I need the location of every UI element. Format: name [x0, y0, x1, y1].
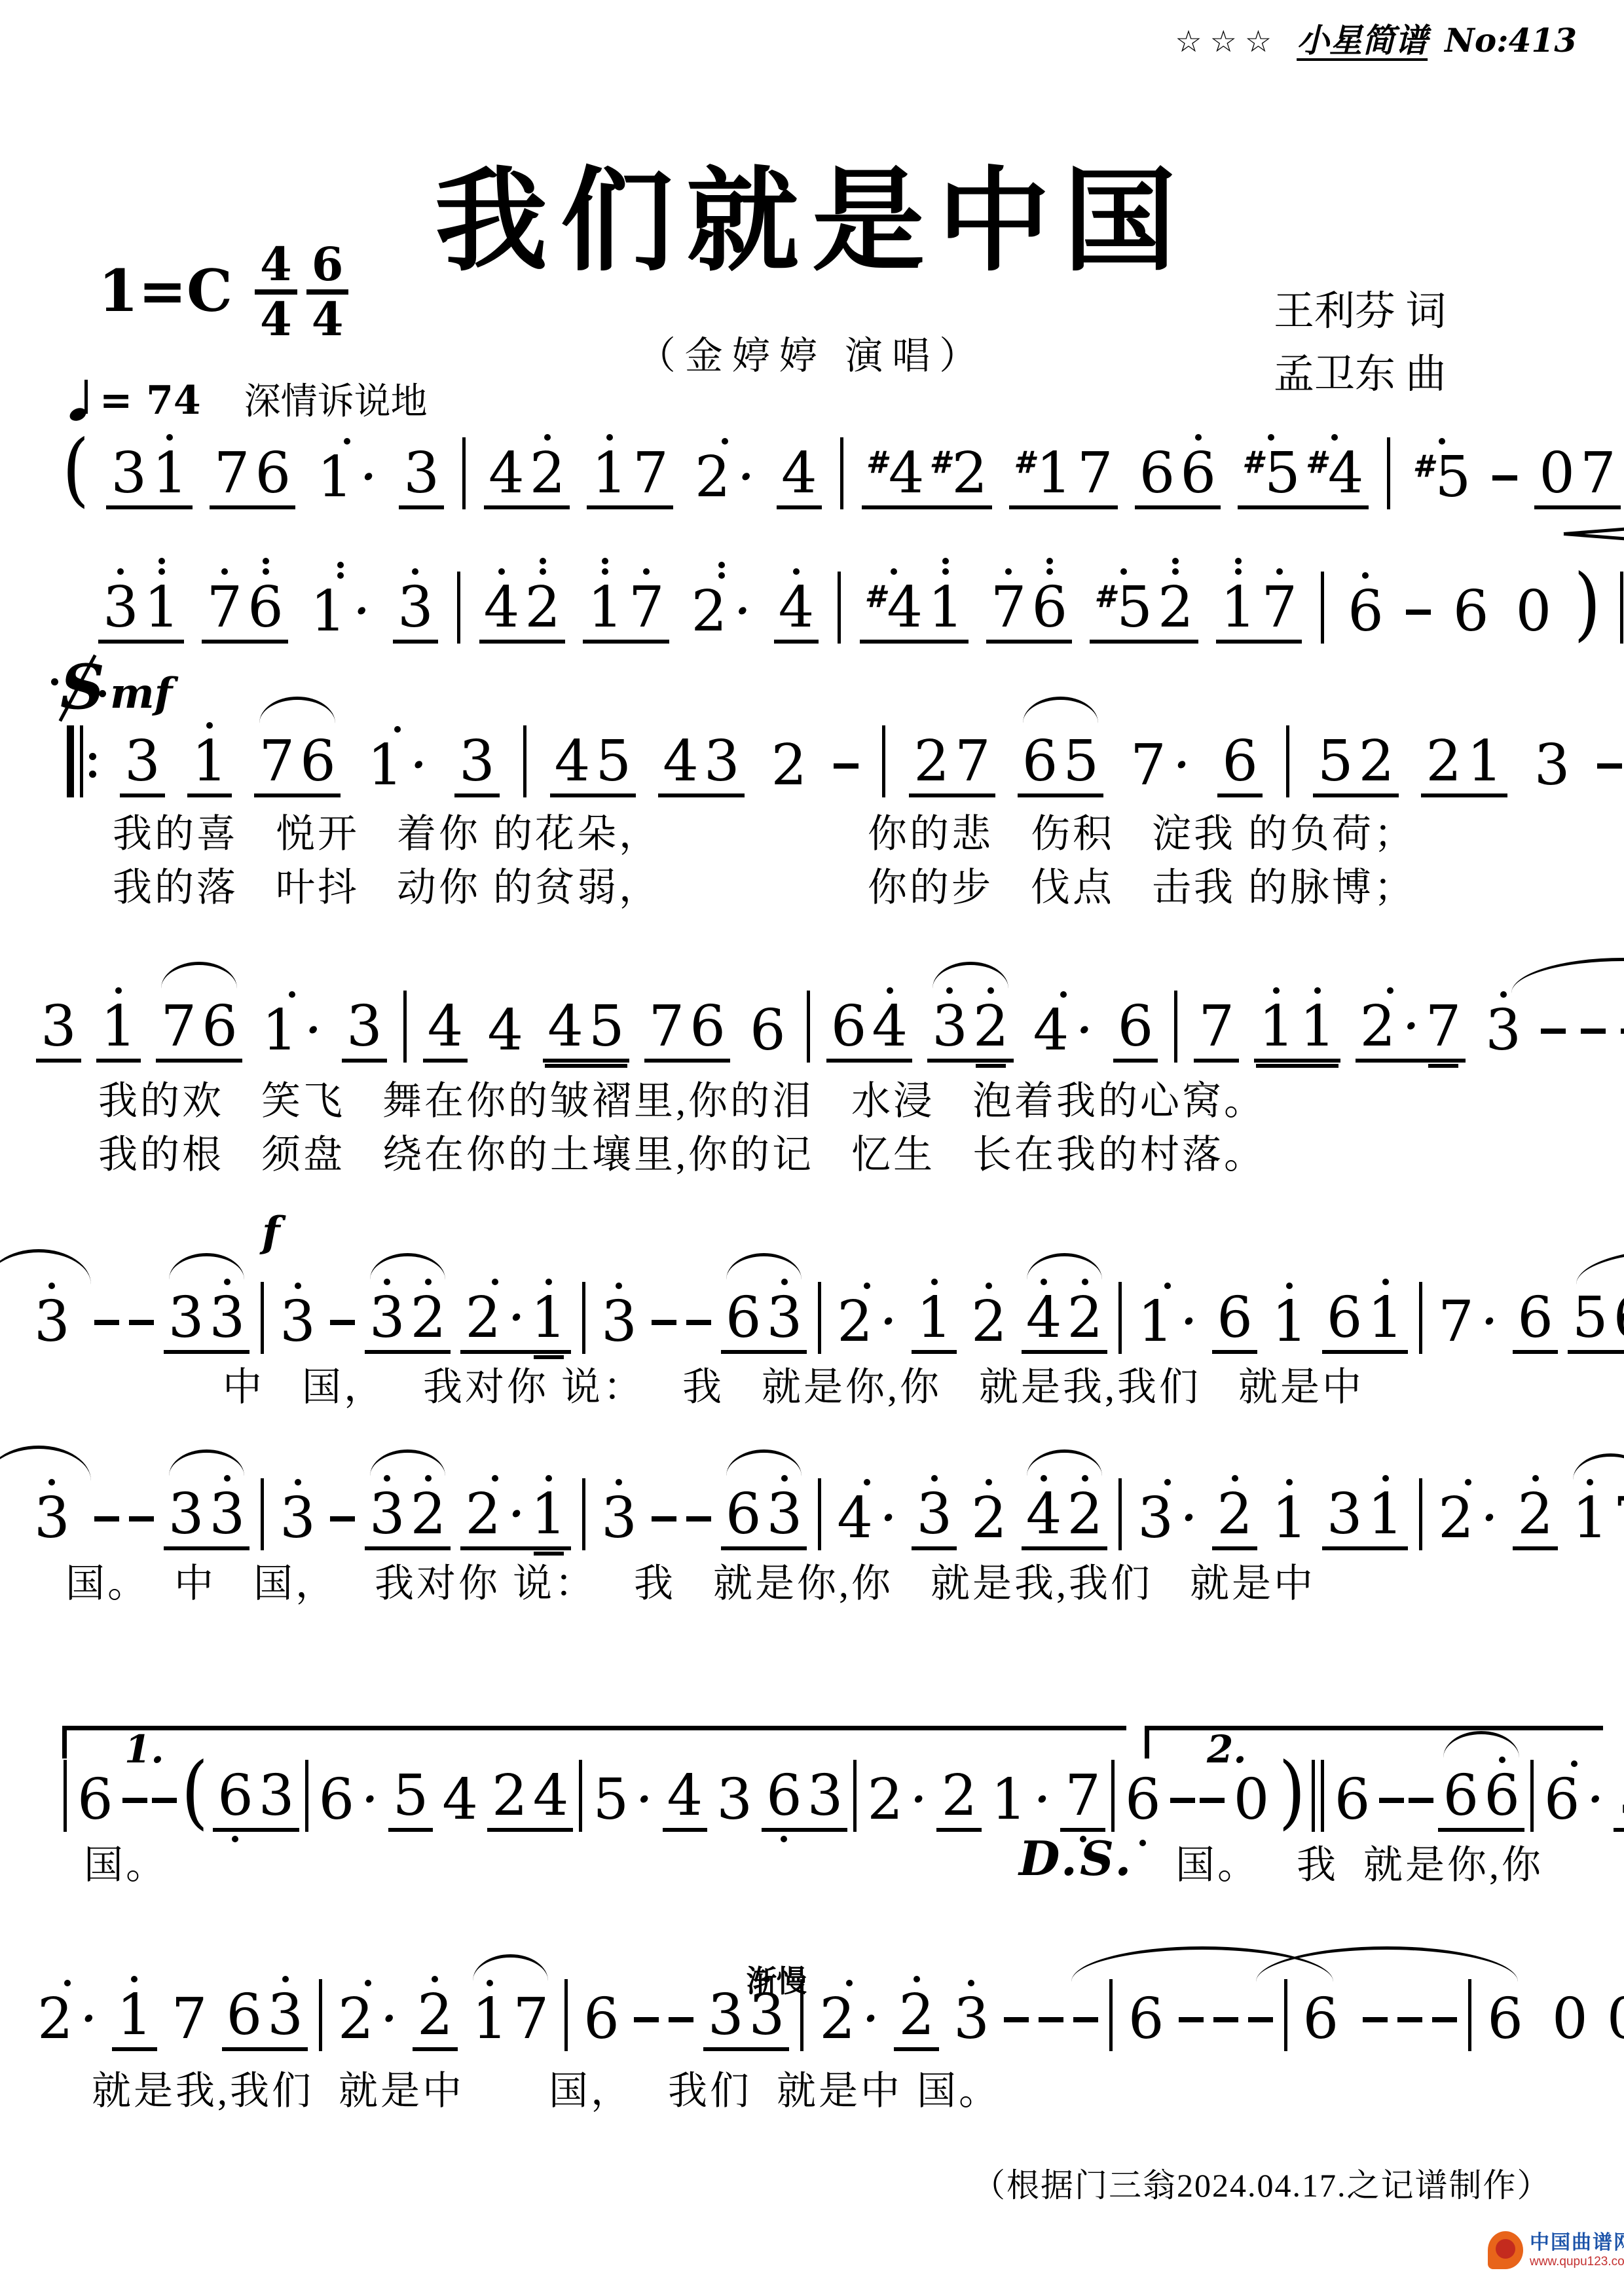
note-group: 17 — [587, 414, 673, 509]
note: 1 — [1269, 1459, 1310, 1548]
note-digit: 5 — [595, 732, 631, 791]
barline — [840, 437, 843, 509]
note: 3 — [166, 1455, 207, 1544]
sharp-icon: # — [1306, 447, 1327, 477]
note-group: 6 — [1343, 552, 1388, 644]
octave-dots-above — [793, 548, 800, 578]
octave-dot — [942, 558, 949, 564]
note-group: 17 — [583, 548, 669, 644]
octave-dot — [1532, 1475, 1539, 1482]
note-digit: 3 — [34, 1292, 70, 1351]
octave-dot — [540, 568, 546, 575]
barline — [1387, 437, 1390, 509]
octave-dots-above — [492, 1258, 498, 1288]
duration-dash — [1200, 1798, 1225, 1803]
octave-dot — [602, 568, 608, 575]
note: 3 — [456, 702, 498, 791]
note-group: 2 — [767, 706, 812, 797]
note-digit: 4· — [837, 1489, 897, 1548]
barline — [582, 1282, 585, 1354]
note-group: 3 — [912, 1455, 957, 1550]
duration-dash — [834, 763, 858, 769]
note-group: 4 — [777, 414, 822, 509]
octave-dot — [1046, 558, 1053, 564]
duration-dash — [1179, 2017, 1204, 2022]
note-digit: 3 — [397, 578, 434, 637]
lyric-line: 国。 中 国， 我对你 说： 我 就是你,你 就是我,我们 就是中 — [65, 1561, 1316, 1607]
barline — [818, 1478, 821, 1550]
note-digit: #5 — [1094, 578, 1153, 637]
octave-dots-above — [722, 418, 728, 448]
lyric-line: 国。 — [917, 2069, 1001, 2114]
barline — [1286, 725, 1289, 797]
note: 3 — [38, 967, 79, 1056]
note: 1 — [925, 548, 967, 637]
extra-beam — [534, 1552, 564, 1556]
note-digit: 2· — [837, 1292, 897, 1351]
octave-dot — [206, 722, 213, 729]
note-digit: 1 — [1272, 1489, 1308, 1548]
note-digit: 6 — [1484, 1766, 1520, 1825]
barline — [1284, 1979, 1287, 2051]
note-group: 4· — [832, 1459, 902, 1550]
tie-slur-arc — [1511, 958, 1624, 993]
note-digit: 4 — [442, 1770, 478, 1829]
note-digit: 1· — [991, 1770, 1051, 1829]
augmentation-dot: · — [737, 448, 755, 507]
octave-dot — [846, 1980, 853, 1986]
note-group: 1 — [912, 1258, 957, 1354]
octave-dots-above — [846, 1959, 853, 1990]
note-digit: 1 — [144, 578, 180, 637]
octave-dots-above — [1382, 1455, 1389, 1485]
note-digit: 7 — [1426, 997, 1462, 1056]
note-digit: 3 — [111, 444, 147, 503]
note-digit: 6 — [248, 578, 284, 637]
note-group: 1 — [1267, 1262, 1312, 1354]
note-group: 1· — [363, 706, 432, 797]
octave-dot — [1273, 987, 1280, 994]
note-group: 1 — [112, 1956, 157, 2051]
note-digit: 2 — [913, 732, 950, 791]
lyric-line: 我的喜 悦开 着你 的花朵， — [113, 812, 661, 857]
watermark-site: 中国曲谱网 — [1530, 2231, 1624, 2255]
note-digit: 3 — [369, 1485, 405, 1544]
note: 7 — [158, 967, 199, 1056]
dynamic-mark: mf — [110, 669, 172, 718]
bar-thin — [462, 437, 466, 509]
note-digit: 7 — [214, 444, 250, 503]
key-signature: 1=C 4 4 6 4 — [98, 262, 348, 344]
music-system-intro-1: (31761·342172·4#4#2#1766#5#4#50712 — [62, 399, 1624, 509]
tie-slur-arc — [0, 1446, 91, 1481]
note: 6 — [723, 1455, 764, 1544]
note-group: 1 — [96, 967, 141, 1063]
barline — [1174, 991, 1177, 1063]
duration-dash — [94, 1516, 119, 1522]
bar-thin — [582, 1282, 585, 1354]
note-group: 3 — [949, 1959, 994, 2051]
octave-dots-above — [337, 552, 344, 582]
note-digit: 3 — [916, 1485, 952, 1544]
octave-dot — [117, 568, 124, 575]
note: 1 — [98, 967, 139, 1056]
octave-dots-above — [931, 1258, 938, 1288]
augmentation-dot: · — [1587, 1770, 1604, 1829]
note: 3 — [395, 548, 436, 637]
octave-dot — [891, 568, 897, 575]
note-group: 1 — [1267, 1459, 1312, 1550]
note-digit: 0 — [1552, 1990, 1588, 2049]
octave-dots-above — [545, 1455, 552, 1485]
sheet-music-page: ☆☆☆ 小星简谱 No:413 我们就是中国 （金婷婷 演唱） 王利芬 词 孟卫… — [0, 0, 1624, 2296]
note-digit: 3 — [267, 1986, 303, 2045]
note-digit: 1 — [1221, 578, 1257, 637]
lyric-line: 我的欢 笑飞 舞在你的皱褶里,你的泪 水浸 泡着我的心窝。 — [98, 1079, 1266, 1124]
octave-dot — [1041, 1279, 1047, 1285]
note-digit: 6 — [1303, 1990, 1339, 2049]
note-group: 3 — [393, 548, 438, 644]
note-digit: 3 — [601, 1489, 637, 1548]
augmentation-dot: · — [910, 1770, 927, 1829]
note-digit: 7 — [629, 578, 665, 637]
note: 1· — [314, 418, 380, 507]
octave-dot — [1362, 572, 1369, 579]
note-group: 2· — [333, 1959, 403, 2051]
note-group: 3 — [275, 1262, 320, 1354]
octave-dot — [1314, 987, 1321, 994]
octave-dots-above — [158, 548, 165, 578]
octave-dots-above — [1276, 548, 1283, 578]
note: 0 — [1513, 552, 1555, 641]
note: 1 — [1218, 548, 1259, 637]
note: 1 — [1365, 1258, 1406, 1347]
duration-dash — [669, 2017, 693, 2022]
note: 3 — [206, 1258, 248, 1347]
octave-dot — [289, 991, 295, 998]
duration-dash — [1541, 1029, 1566, 1034]
header: ☆☆☆ 小星简谱 No:413 — [1175, 14, 1577, 62]
note-digit: 2 — [417, 1986, 453, 2045]
note-digit: 6 — [1031, 578, 1067, 637]
octave-dots-above — [913, 1956, 920, 1986]
bar-thin — [80, 725, 83, 797]
note: 2· — [834, 1262, 900, 1351]
note-digit: 2· — [1438, 1489, 1498, 1548]
octave-dot — [616, 1479, 622, 1485]
barline — [261, 1282, 264, 1354]
dynamic-mark: f — [262, 1208, 280, 1257]
note: 1 — [189, 702, 231, 791]
note: #4 — [862, 548, 925, 637]
octave-dots-above — [295, 1459, 301, 1489]
note-group: 3· — [1133, 1459, 1202, 1550]
volta-label: 2. — [1207, 1730, 1603, 1768]
bar-thin — [1419, 1478, 1422, 1550]
note-digit: 3 — [1327, 1485, 1363, 1544]
barline — [582, 1478, 585, 1550]
note-group: 64 — [826, 967, 912, 1063]
octave-dot — [425, 1475, 432, 1482]
note: 3 — [764, 1258, 805, 1347]
note-digit: 2· — [465, 1288, 525, 1347]
duration-dash — [1397, 2017, 1422, 2022]
note-digit: 4 — [781, 444, 817, 503]
note-group: 63 — [721, 1258, 807, 1354]
note: 2· — [462, 1258, 528, 1347]
note-digit: 5· — [593, 1770, 653, 1829]
note-digit: 7 — [633, 444, 669, 503]
note: 1 — [585, 548, 626, 637]
key-value: 1=C — [98, 262, 232, 319]
note-group: 4 — [774, 548, 819, 644]
barline — [67, 725, 96, 797]
note: 6 — [1029, 548, 1070, 637]
note: 7 — [256, 702, 297, 791]
header-stars: ☆☆☆ — [1175, 24, 1280, 59]
octave-dot — [616, 1283, 622, 1289]
note: 3 — [929, 967, 970, 1056]
bar-thin — [818, 1282, 821, 1354]
bar-thin — [305, 1760, 308, 1832]
note-digit: 2 — [771, 736, 807, 795]
note-group: 31 — [106, 414, 192, 509]
note-group: 2 — [1513, 1455, 1558, 1550]
repeat-dots — [89, 753, 96, 778]
note-digit: 6 — [1443, 1766, 1479, 1825]
extra-beam — [976, 1064, 1006, 1068]
note: 2 — [1356, 702, 1397, 791]
octave-dots-above — [166, 414, 173, 444]
octave-dot — [931, 1475, 938, 1482]
octave-dot — [545, 1475, 552, 1482]
note-digit: 3 — [168, 1288, 204, 1347]
lyric-line: 我的落 叶抖 动你 的贫弱， — [113, 866, 661, 911]
note: 2· — [1435, 1459, 1501, 1548]
octave-dots-above — [616, 1459, 622, 1489]
note: 2· — [335, 1959, 401, 2049]
augmentation-dot: · — [1402, 997, 1420, 1056]
note-group: 6 — [1113, 967, 1158, 1063]
octave-dots-above — [1286, 1262, 1293, 1292]
note-group: 27 — [909, 702, 995, 797]
note: 1 — [1269, 1262, 1310, 1351]
note: 3 — [166, 1258, 207, 1347]
note-digit: 1 — [591, 444, 627, 503]
lyric-line: 中 国， 我对你 说： 我 就是你,你 就是我,我们 就是中 — [223, 1365, 1364, 1410]
note-digit: #2 — [929, 444, 987, 503]
note-digit: 4 — [872, 997, 908, 1056]
barline — [462, 437, 466, 509]
parenthesis: ) — [1574, 564, 1600, 644]
note: #4 — [864, 414, 927, 503]
barline — [1312, 1760, 1324, 1832]
note-digit: 4 — [547, 997, 583, 1056]
bar-thin — [1530, 1760, 1534, 1832]
note-group: 2 — [967, 1262, 1012, 1354]
note-group: #52 — [1090, 548, 1198, 644]
note: 4 — [1024, 1455, 1065, 1544]
octave-dot — [781, 1475, 788, 1482]
barline — [1118, 1478, 1122, 1550]
bar-thin — [1312, 1760, 1315, 1832]
note-digit: 1 — [1572, 1489, 1608, 1548]
note-group: 4 — [423, 967, 468, 1063]
note-group: 6 — [1212, 1258, 1257, 1354]
octave-dots-above — [206, 702, 213, 732]
augmentation-dot: · — [862, 1990, 879, 2049]
note-digit: 1· — [367, 736, 428, 795]
duration-dash — [330, 1516, 355, 1522]
octave-dot — [1276, 568, 1283, 575]
note: 1· — [1135, 1262, 1200, 1351]
bar-thin — [1419, 1282, 1422, 1354]
bar-thin — [818, 1478, 821, 1550]
note: 1 — [470, 1959, 511, 2049]
note-digit: 3 — [259, 1766, 295, 1825]
octave-dot — [1046, 568, 1053, 575]
note-digit: #1 — [1014, 444, 1072, 503]
note-digit: 3 — [708, 1986, 744, 2045]
note-digit: 1 — [530, 1485, 566, 1544]
note-digit: 7 — [1614, 1489, 1624, 1548]
note-digit: 4 — [533, 1766, 569, 1825]
octave-dots-above — [1082, 1258, 1088, 1288]
octave-dot — [1164, 1479, 1171, 1485]
octave-dot — [1382, 1475, 1389, 1482]
barline — [838, 572, 841, 644]
note-group: 0 — [1602, 1959, 1624, 2051]
note-group: 42 — [484, 414, 570, 509]
barline — [319, 1979, 322, 2051]
note-digit: 1 — [1467, 732, 1503, 791]
note: 6 — [581, 1959, 622, 2049]
octave-dot — [718, 562, 725, 568]
note: 1 — [141, 548, 183, 637]
note-group: 76 — [986, 548, 1072, 644]
octave-dots-above — [282, 1956, 289, 1986]
note-digit: 6 — [1217, 1288, 1253, 1347]
note-digit: 1 — [916, 1288, 952, 1347]
note-group: #5#4 — [1238, 414, 1368, 509]
octave-dot — [89, 753, 96, 760]
note: 7 — [988, 548, 1029, 637]
octave-dot — [158, 568, 165, 575]
note-group: 76 — [254, 702, 340, 797]
octave-dot — [263, 568, 269, 575]
note: 4 — [425, 967, 466, 1056]
lyric-line: 国。 — [84, 1843, 168, 1888]
note-group: 2 — [1212, 1455, 1257, 1550]
augmentation-dot: · — [360, 448, 377, 507]
note-digit: 6· — [1544, 1770, 1604, 1829]
note-digit: 4· — [1033, 1001, 1094, 1060]
note-group: 4· — [1029, 971, 1098, 1063]
barline — [1118, 1282, 1122, 1354]
bar-thin — [582, 1478, 585, 1550]
note: 4 — [481, 548, 523, 637]
octave-dots-above — [1041, 1258, 1047, 1288]
note: 1 — [1464, 702, 1505, 791]
note: 5 — [593, 702, 634, 791]
octave-dot — [864, 1283, 870, 1289]
barline — [818, 1282, 821, 1354]
note: 3 — [277, 1262, 318, 1351]
note: 3 — [599, 1262, 640, 1351]
note-digit: 4 — [484, 578, 520, 637]
note: 1 — [1365, 1455, 1406, 1544]
note: 1 — [1297, 967, 1338, 1056]
note-digit: 3 — [280, 1489, 316, 1548]
duration-dash — [1213, 2017, 1238, 2022]
octave-dot — [263, 558, 269, 564]
note-digit: 5 — [1572, 1288, 1608, 1347]
note-group: 3 — [275, 1459, 320, 1550]
note: 7 — [952, 702, 993, 791]
octave-dots-above — [64, 1959, 71, 1990]
note-digit: 6 — [1487, 1990, 1523, 2049]
note-group: 3 — [597, 1262, 642, 1354]
octave-dots-above — [1082, 1455, 1088, 1485]
note-digit: 3 — [280, 1292, 316, 1351]
note-group: 17 — [1216, 548, 1302, 644]
octave-dots-above — [492, 1455, 498, 1485]
note-digit: 7 — [1580, 444, 1616, 503]
octave-dot — [295, 1479, 301, 1485]
note: 4 — [552, 702, 593, 791]
note: 2 — [769, 706, 810, 795]
duration-dash — [686, 1320, 711, 1325]
note-digit: 6 — [1118, 997, 1154, 1056]
octave-dots-above — [394, 706, 401, 736]
note-digit: 2 — [898, 1986, 934, 2045]
note-digit: 1 — [101, 997, 137, 1056]
note: 3 — [344, 967, 385, 1056]
octave-dot — [606, 434, 613, 441]
octave-dot — [986, 1283, 992, 1289]
note-digit: 0 — [1234, 1770, 1270, 1829]
note: 6 — [687, 967, 728, 1056]
barline — [1111, 1760, 1115, 1832]
bar-thin — [1109, 1979, 1113, 2051]
octave-dot — [1465, 1479, 1471, 1485]
footer-credit: （根据门三翁2024.04.17.之记谱制作） — [972, 2159, 1551, 2206]
note-group: 7· — [1433, 1262, 1503, 1354]
octave-dots-above — [864, 1459, 870, 1489]
note-digit: 7· — [1130, 736, 1190, 795]
note: #2 — [927, 414, 990, 503]
lyric-line: 你的步 伐点 击我 的脉博； — [868, 866, 1416, 911]
note-group: 45 — [543, 967, 629, 1063]
note-digit: #4 — [864, 578, 923, 637]
octave-dot — [425, 1279, 432, 1285]
duration-dash — [1073, 2017, 1098, 2022]
note-digit: 1· — [1137, 1292, 1198, 1351]
note-digit: 6 — [583, 1990, 619, 2049]
octave-dots-above — [412, 548, 418, 578]
note: 2 — [1064, 1258, 1105, 1347]
note: 7 — [1075, 414, 1116, 503]
note-digit: 6 — [1139, 444, 1175, 503]
segno-dot — [51, 678, 58, 685]
note-group: 1· — [1133, 1262, 1202, 1354]
note: 6 — [1137, 414, 1178, 503]
note: 2 — [408, 1455, 449, 1544]
bar-thin — [64, 1760, 67, 1832]
note: 6 — [224, 1956, 265, 2045]
augmentation-dot: · — [80, 1990, 98, 2049]
note-digit: 3 — [168, 1485, 204, 1544]
